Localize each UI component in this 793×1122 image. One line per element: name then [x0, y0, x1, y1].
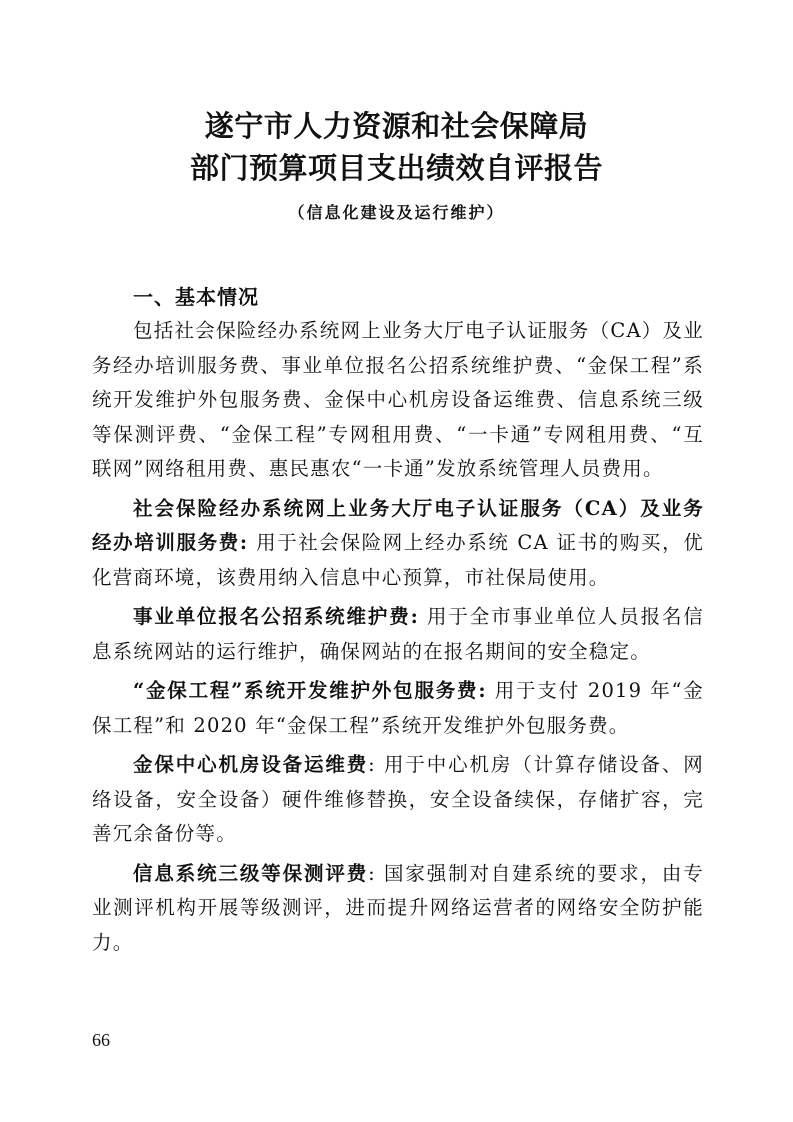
- paragraph-overview: 包括社会保险经办系统网上业务大厅电子认证服务（CA）及业务经办培训服务费、事业单…: [92, 314, 704, 487]
- paragraph-recruitment-system: 事业单位报名公招系统维护费: 用于全市事业单位人员报名信息系统网站的运行维护，确…: [92, 600, 704, 669]
- document-subtitle: （信息化建设及运行维护）: [0, 200, 793, 223]
- document-page: 遂宁市人力资源和社会保障局 部门预算项目支出绩效自评报告 （信息化建设及运行维护…: [0, 0, 793, 1122]
- paragraph-server-room: 金保中心机房设备运维费: 用于中心机房（计算存储设备、网络设备，安全设备）硬件维…: [92, 748, 704, 852]
- paragraph-text: 包括社会保险经办系统网上业务大厅电子认证服务（CA）及业务经办培训服务费、事业单…: [92, 319, 704, 480]
- page-number: 66: [92, 1030, 110, 1051]
- paragraph-ca-service: 社会保险经办系统网上业务大厅电子认证服务（CA）及业务经办培训服务费: 用于社会…: [92, 492, 704, 596]
- paragraph-term: 信息系统三级等保测评费: [133, 862, 368, 885]
- paragraph-jinbao-outsourcing: “金保工程”系统开发维护外包服务费: 用于支付 2019 年“金保工程”和 20…: [92, 674, 704, 743]
- paragraph-term: 事业单位报名公招系统维护费:: [133, 605, 419, 628]
- paragraph-term: 金保中心机房设备运维费: [133, 753, 368, 776]
- document-title-line1: 遂宁市人力资源和社会保障局: [0, 108, 793, 144]
- paragraph-security-assessment: 信息系统三级等保测评费: 国家强制对自建系统的要求，由专业测评机构开展等级测评，…: [92, 857, 704, 961]
- paragraph-term: “金保工程”系统开发维护外包服务费:: [133, 679, 487, 702]
- body-text: 包括社会保险经办系统网上业务大厅电子认证服务（CA）及业务经办培训服务费、事业单…: [92, 314, 704, 960]
- document-title-line2: 部门预算项目支出绩效自评报告: [0, 150, 793, 186]
- section-heading-basic-info: 一、基本情况: [133, 281, 259, 310]
